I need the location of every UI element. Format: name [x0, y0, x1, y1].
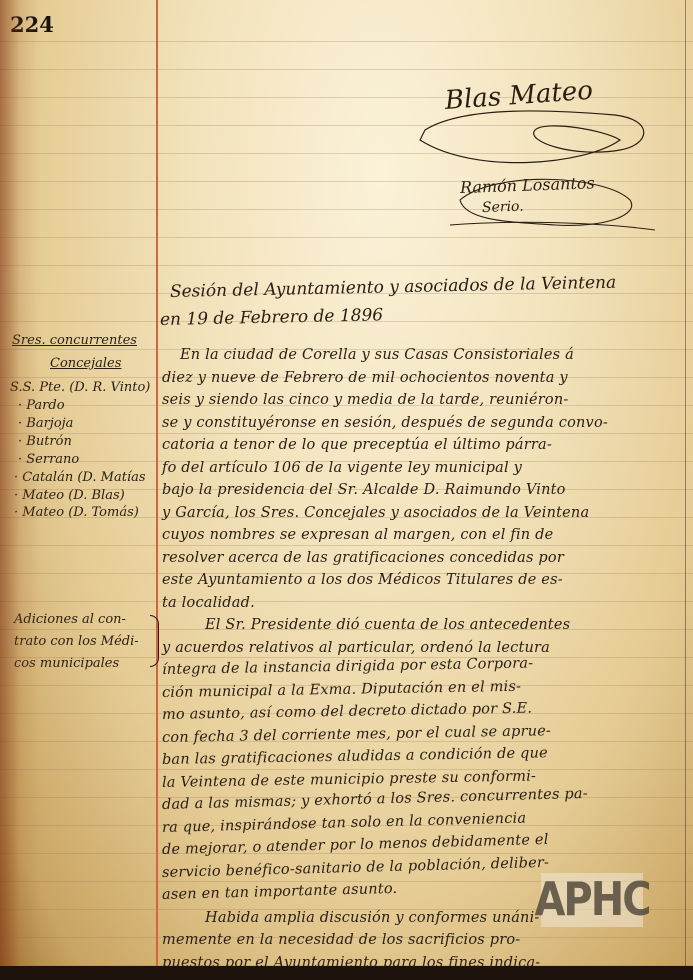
attendees-heading: Sres. concurrentes	[12, 333, 137, 348]
signature-secretary-title: Serio.	[482, 199, 524, 216]
signature-blas-mateo: Blas Mateo	[444, 76, 594, 116]
body-line: con fecha 3 del corriente mes, por el cu…	[162, 723, 551, 746]
body-line: diez y nueve de Febrero de mil ochocient…	[162, 370, 568, 386]
body-line: El Sr. Presidente dió cuenta de los ante…	[205, 617, 570, 633]
body-line: Habida amplia discusión y conformes unán…	[205, 910, 540, 926]
body-line: ban las gratificaciones aludidas a condi…	[162, 746, 548, 769]
attendee-item: · Mateo (D. Tomás)	[14, 505, 139, 520]
attendee-item: · Barjoja	[18, 416, 73, 431]
body-line: ta localidad.	[162, 595, 255, 611]
page-bottom-edge	[0, 966, 693, 980]
body-line: asen en tan importante asunto.	[162, 881, 398, 903]
body-line: ra que, inspirándose tan solo en la conv…	[162, 810, 527, 836]
body-line: En la ciudad de Corella y sus Casas Cons…	[180, 347, 574, 363]
additions-note-line-2: trato con los Médi-	[14, 634, 139, 649]
body-line: memente en la necesidad de los sacrifici…	[162, 932, 520, 948]
body-line: servicio benéfico-sanitario de la poblac…	[162, 855, 550, 881]
body-line: y acuerdos relativos al particular, orde…	[162, 640, 550, 656]
body-line: fo del artículo 106 de la vigente ley mu…	[162, 460, 522, 476]
attendees-subheading: Concejales	[50, 356, 121, 371]
body-line: dad a las mismas; y exhortó a los Sres. …	[162, 786, 588, 813]
session-title-line-2: en 19 de Febrero de 1896	[160, 305, 384, 330]
margin-rule	[156, 0, 158, 966]
body-line: se y constituyéronse en sesión, después …	[162, 415, 608, 431]
document-page: 224 Blas Mateo Ramón Losantos Serio. Ses…	[0, 0, 693, 966]
right-page-edge	[685, 0, 686, 966]
body-line: resolver acerca de las gratificaciones c…	[162, 550, 564, 566]
body-line: seis y siendo las cinco y media de la ta…	[162, 392, 568, 408]
attendee-item: · Catalán (D. Matías	[14, 470, 146, 485]
body-line: de mejorar, o atender por lo menos debid…	[162, 832, 549, 858]
additions-note-line-3: cos municipales	[14, 656, 119, 671]
attendee-item: · Butrón	[18, 434, 72, 449]
body-line: íntegra de la instancia dirigida por est…	[162, 656, 534, 678]
session-title-line-1: Sesión del Ayuntamiento y asociados de l…	[170, 273, 617, 302]
body-line: cuyos nombres se expresan al margen, con…	[162, 527, 553, 543]
aphc-watermark: APHC	[541, 873, 643, 927]
attendee-item: · Serrano	[18, 452, 79, 467]
watermark-text: APHC	[534, 874, 649, 927]
body-line: ción municipal a la Exma. Diputación en …	[162, 678, 521, 700]
body-line: puestos por el Ayuntamiento para los fin…	[162, 955, 540, 966]
body-line: este Ayuntamiento a los dos Médicos Titu…	[162, 572, 563, 588]
body-line: mo asunto, así como del decreto dictado …	[162, 701, 532, 723]
margin-bracket	[150, 615, 159, 667]
attendee-item: · Mateo (D. Blas)	[14, 488, 125, 503]
additions-note-line-1: Adiciones al con-	[14, 612, 126, 627]
body-line: y García, los Sres. Concejales y asociad…	[162, 505, 589, 521]
body-line: catoria a tenor de lo que preceptúa el ú…	[162, 437, 552, 453]
body-line: bajo la presidencia del Sr. Alcalde D. R…	[162, 482, 566, 498]
body-line: la Veintena de este municipio preste su …	[162, 768, 536, 791]
signature-ramon-losantos: Ramón Losantos	[460, 173, 595, 197]
attendee-item: · Pardo	[18, 398, 65, 413]
attendee-item: S.S. Pte. (D. R. Vinto)	[10, 380, 150, 395]
page-number: 224	[10, 12, 54, 37]
